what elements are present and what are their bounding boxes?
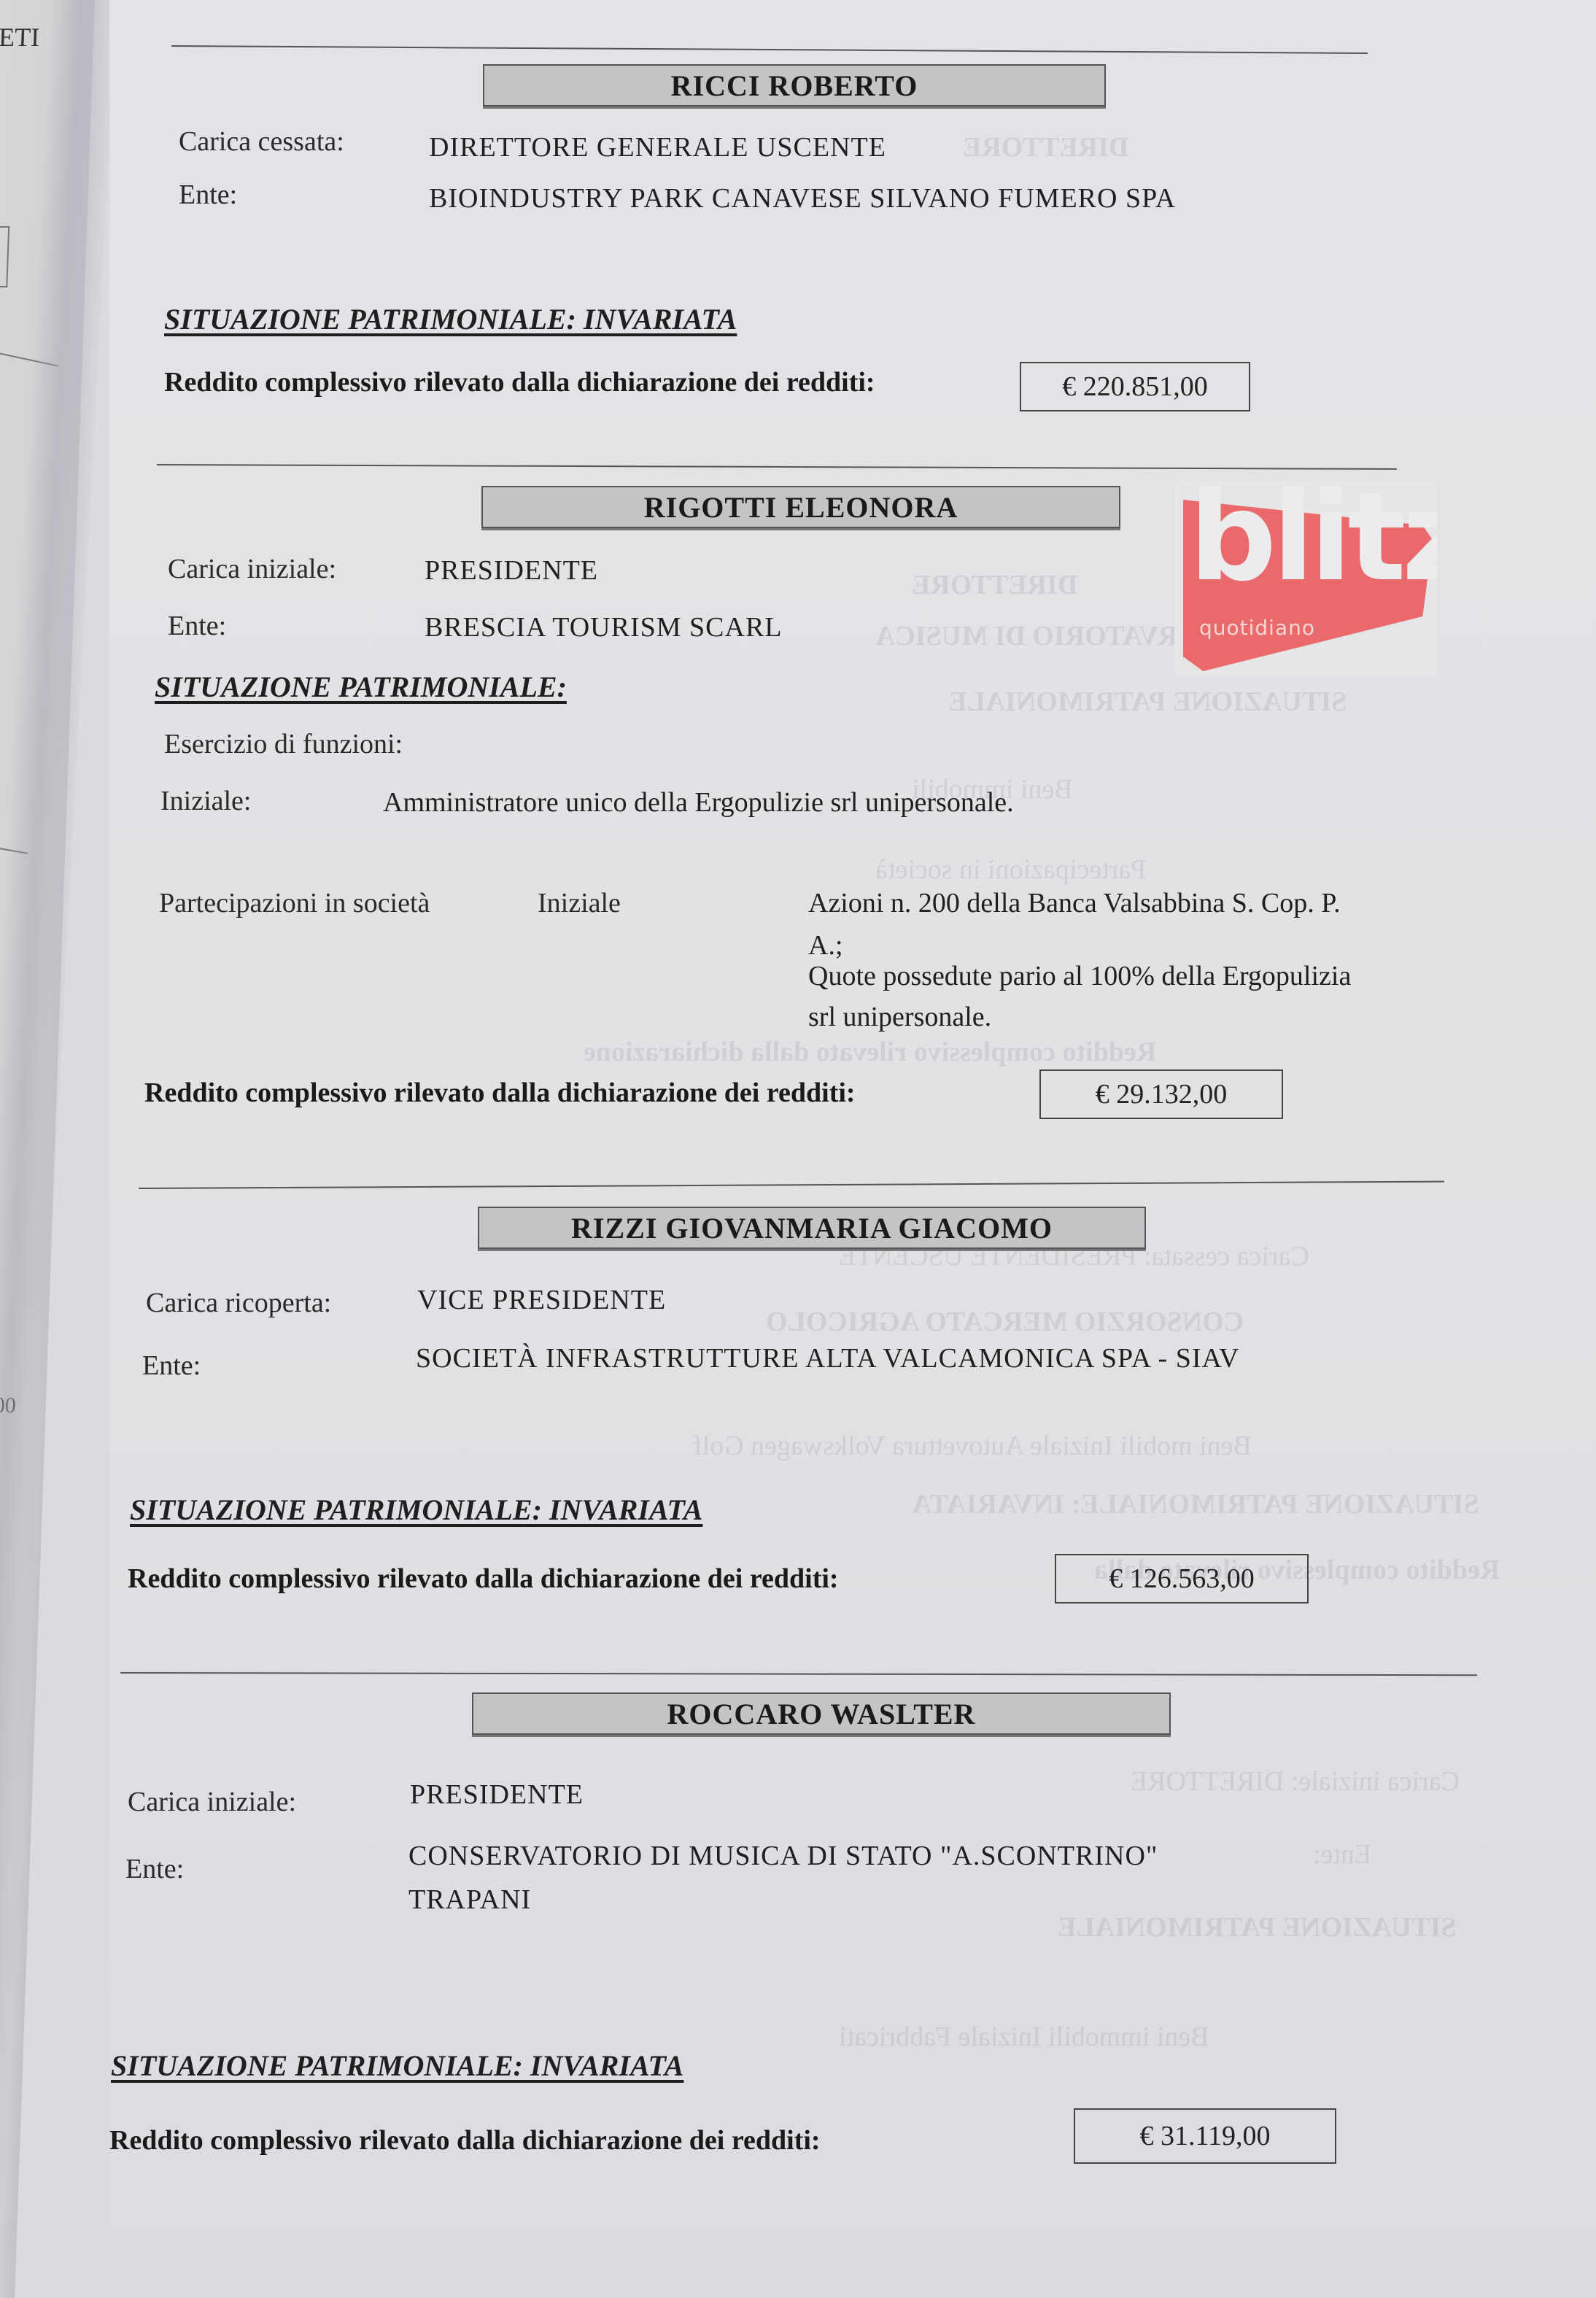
show-through-text: SITUAZIONE PATRIMONIALE: [948, 686, 1347, 718]
section-rule: [171, 45, 1368, 54]
show-through-text: Beni mobili Iniziale Autovettura Volkswa…: [693, 1430, 1252, 1462]
carica-label: Carica cessata:: [179, 125, 344, 158]
ente-value: SOCIETÀ INFRASTRUTTURE ALTA VALCAMONICA …: [416, 1342, 1239, 1374]
carica-value: PRESIDENTE: [425, 554, 598, 587]
show-through-text: DIRETTORE: [963, 131, 1128, 163]
situazione-patrimoniale-heading: SITUAZIONE PATRIMONIALE: INVARIATA: [111, 2049, 683, 2083]
partecipazioni-line: Azioni n. 200 della Banca Valsabbina S. …: [808, 887, 1341, 919]
esercizio-iniziale-label: Iniziale:: [160, 785, 251, 817]
logo-subtitle: quotidiano: [1199, 616, 1315, 640]
show-through-text: SITUAZIONE PATRIMONIALE: INVARIATA: [912, 1488, 1479, 1520]
ente-label: Ente:: [125, 1853, 184, 1885]
section-rule: [120, 1672, 1477, 1676]
carica-value: DIRETTORE GENERALE USCENTE: [429, 131, 886, 163]
ente-value: BIOINDUSTRY PARK CANAVESE SILVANO FUMERO…: [429, 182, 1176, 214]
person-name-header: RIZZI GIOVANMARIA GIACOMO: [478, 1207, 1146, 1249]
partecipazioni-line: srl unipersonale.: [808, 1001, 991, 1033]
document-page: DIRETTORE DIRETTORE CONSERVATORIO DI MUS…: [109, 0, 1596, 2298]
esercizio-funzioni-label: Esercizio di funzioni:: [164, 728, 403, 760]
show-through-text: Beni immobili Iniziale Fabbricati: [839, 2021, 1209, 2053]
section-rule: [157, 464, 1397, 470]
adjacent-page-box: [0, 226, 9, 287]
esercizio-iniziale-value: Amministratore unico della Ergopulizie s…: [383, 786, 1014, 819]
partecipazioni-line: A.;: [808, 929, 843, 962]
reddito-label: Reddito complessivo rilevato dalla dichi…: [109, 2124, 821, 2156]
carica-label: Carica iniziale:: [128, 1786, 296, 1818]
show-through-text: Carica iniziale: DIRETTORE: [1131, 1765, 1460, 1798]
show-through-text: Partecipazioni in società: [875, 854, 1146, 886]
carica-label: Carica iniziale:: [168, 553, 336, 585]
partecipazioni-label: Partecipazioni in società: [159, 887, 430, 919]
reddito-amount: € 31.119,00: [1074, 2108, 1336, 2164]
adjacent-page-fragment: ETI: [0, 22, 40, 53]
ente-value-line2: TRAPANI: [408, 1884, 531, 1916]
carica-value: PRESIDENTE: [410, 1779, 584, 1811]
person-name-header: ROCCARO WASLTER: [472, 1692, 1171, 1735]
show-through-text: CONSORZIO MERCATO AGRICOLO: [766, 1306, 1244, 1338]
logo-wordmark: blitz: [1189, 480, 1437, 598]
person-name-header: RIGOTTI ELEONORA: [481, 486, 1120, 528]
show-through-text: DIRETTORE: [912, 569, 1077, 601]
reddito-amount: € 126.563,00: [1055, 1554, 1309, 1603]
section-rule: [139, 1181, 1444, 1189]
show-through-text: SITUAZIONE PATRIMONIALE: [1058, 1911, 1457, 1943]
carica-value: VICE PRESIDENTE: [417, 1284, 666, 1316]
partecipazioni-line: Quote possedute pario al 100% della Ergo…: [808, 960, 1351, 992]
reddito-amount: € 29.132,00: [1039, 1069, 1283, 1119]
carica-label: Carica ricoperta:: [146, 1287, 331, 1319]
situazione-patrimoniale-heading: SITUAZIONE PATRIMONIALE: INVARIATA: [164, 302, 737, 336]
ente-label: Ente:: [142, 1350, 201, 1382]
blitz-logo: blitz quotidiano: [1174, 480, 1437, 676]
ente-value: BRESCIA TOURISM SCARL: [425, 611, 783, 643]
reddito-label: Reddito complessivo rilevato dalla dichi…: [128, 1563, 839, 1595]
show-through-text: Ente:: [1313, 1838, 1371, 1870]
ente-label: Ente:: [179, 179, 237, 211]
reddito-amount: € 220.851,00: [1020, 362, 1250, 411]
situazione-patrimoniale-heading: SITUAZIONE PATRIMONIALE: INVARIATA: [130, 1493, 702, 1527]
reddito-label: Reddito complessivo rilevato dalla dichi…: [144, 1077, 856, 1109]
reddito-label: Reddito complessivo rilevato dalla dichi…: [164, 366, 875, 398]
show-through-text: Reddito complessivo rilevato dalla dichi…: [584, 1036, 1156, 1068]
situazione-patrimoniale-heading: SITUAZIONE PATRIMONIALE:: [155, 670, 567, 704]
person-name-header: RICCI ROBERTO: [483, 64, 1106, 107]
partecipazioni-tipo: Iniziale: [538, 887, 621, 919]
ente-value: CONSERVATORIO DI MUSICA DI STATO "A.SCON…: [408, 1840, 1158, 1872]
ente-label: Ente:: [168, 610, 226, 642]
